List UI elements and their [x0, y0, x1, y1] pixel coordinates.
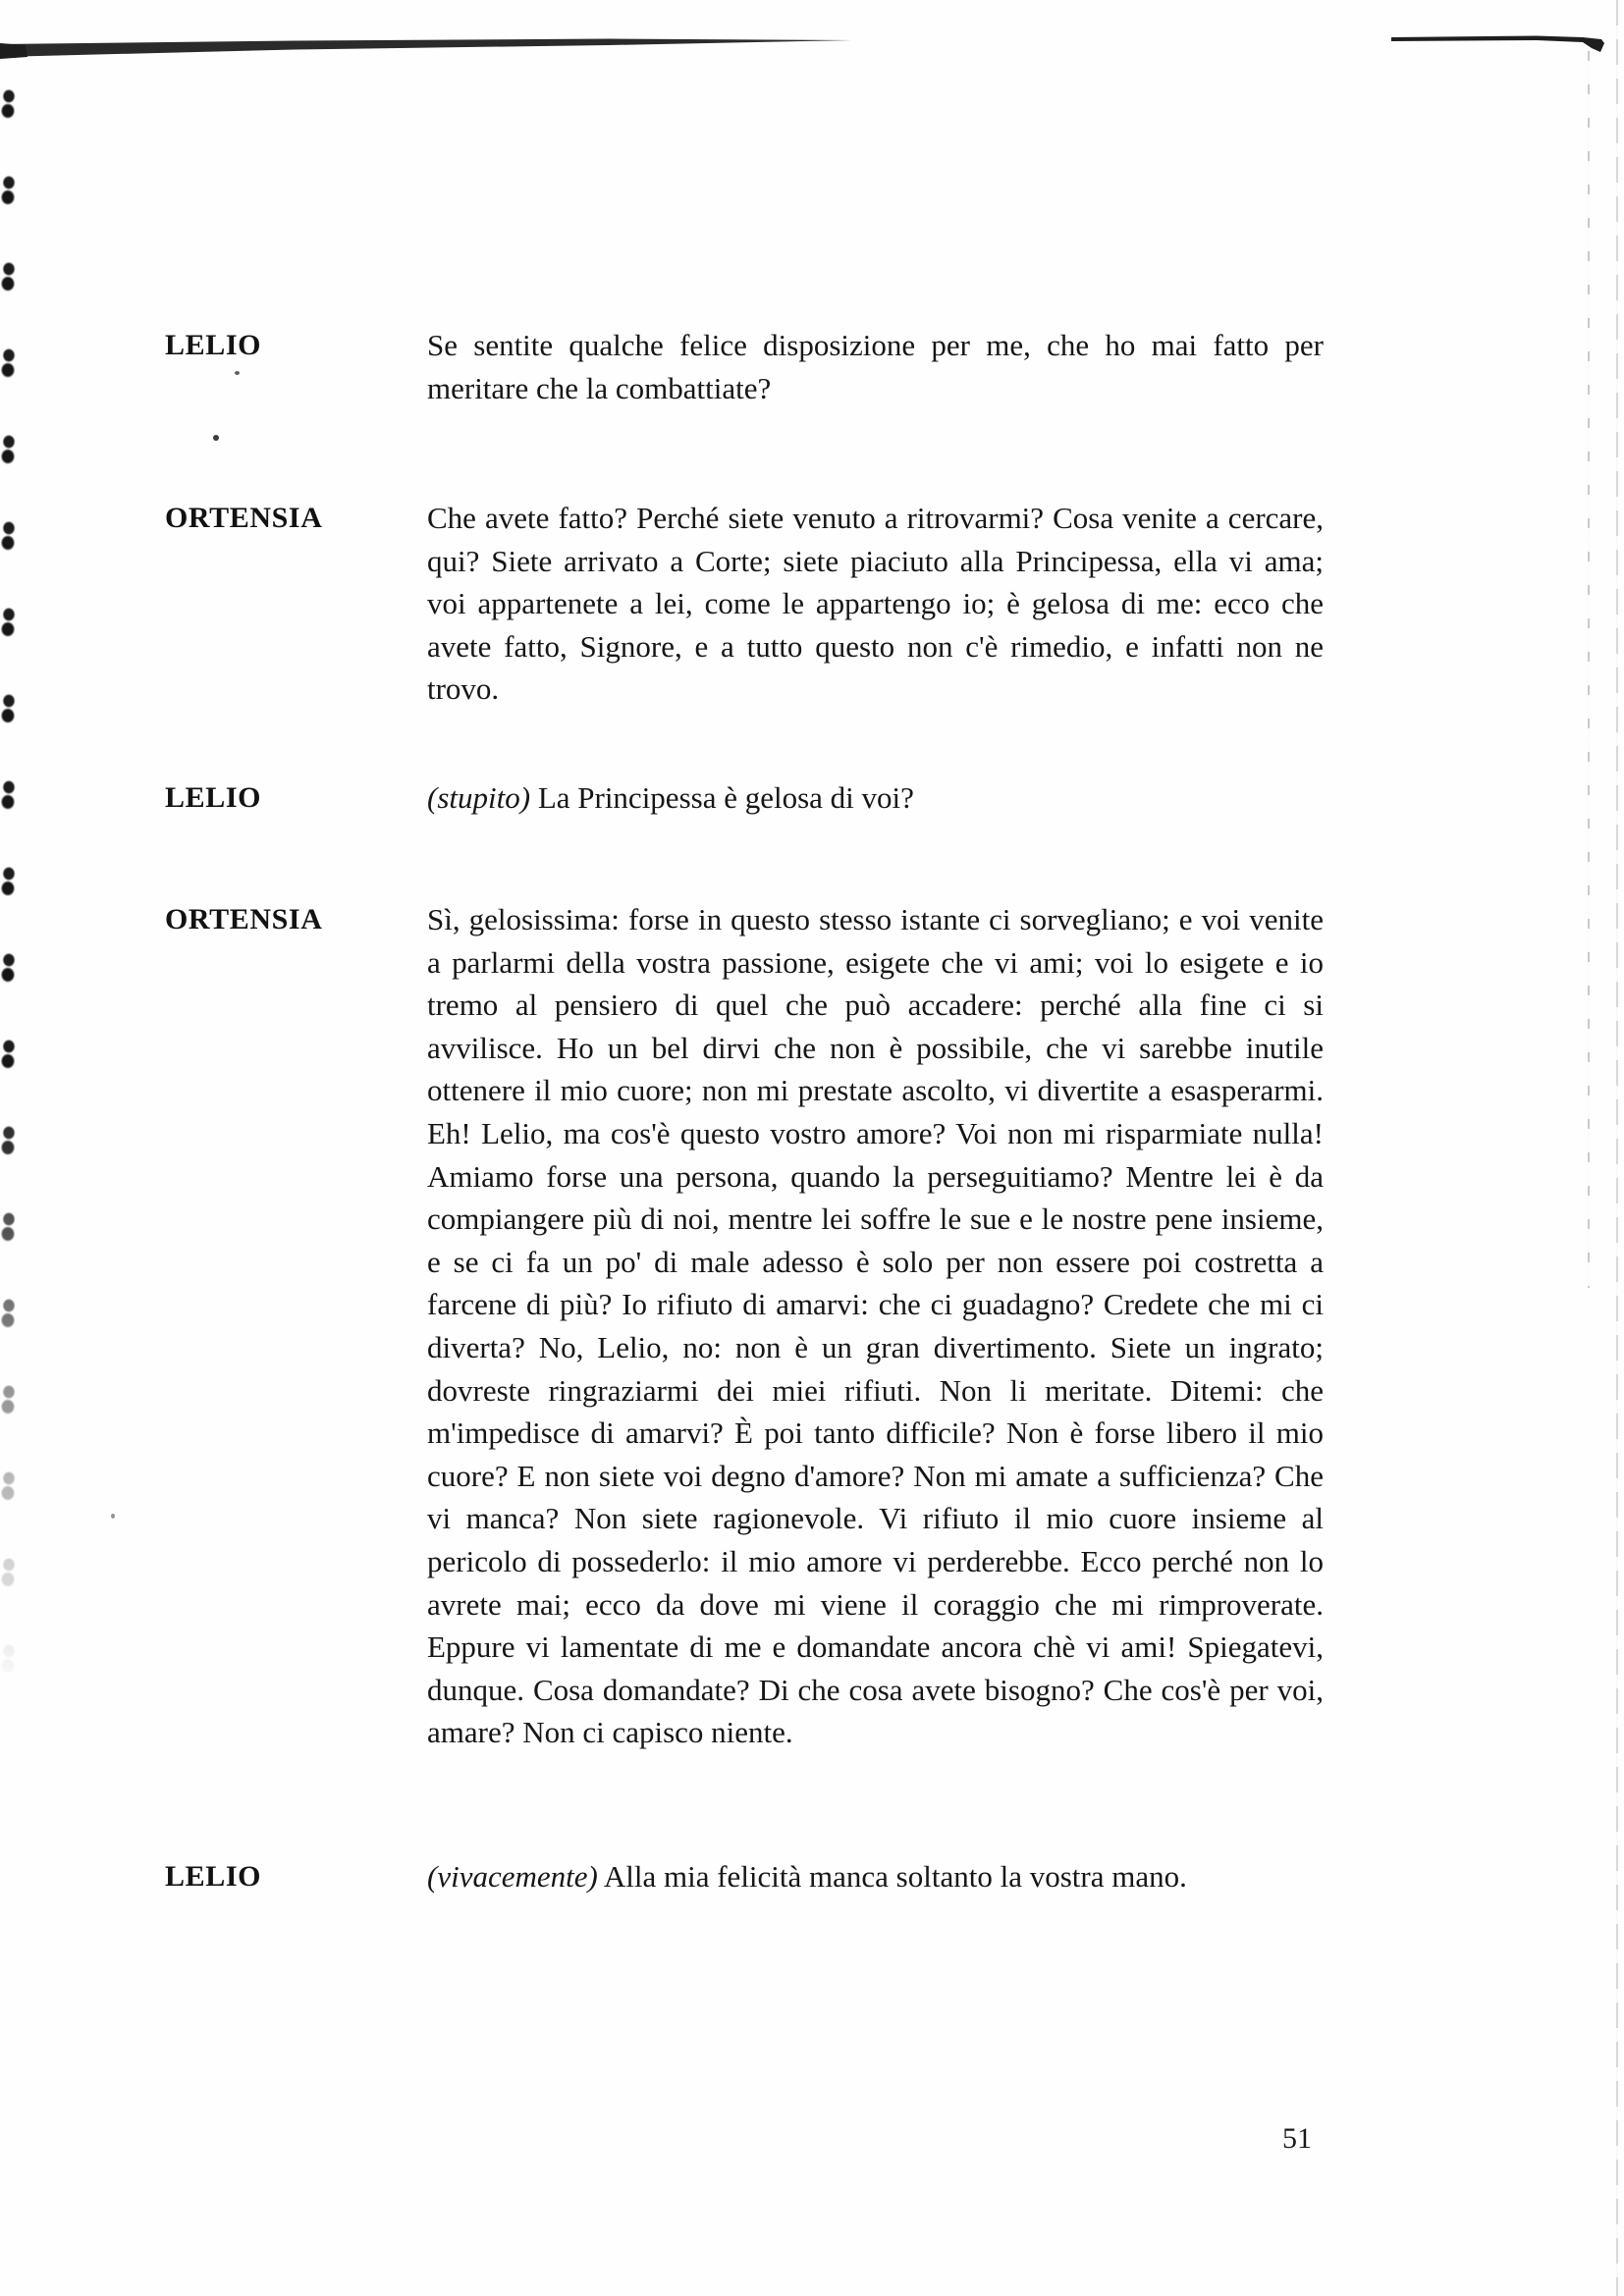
stage-direction: (vivacemente) [427, 1859, 598, 1894]
speaker-name: LELIO [165, 776, 261, 820]
dialogue-block: LELIO (vivacemente) Alla mia felicità ma… [165, 1855, 1328, 1898]
dialogue-block: ORTENSIA Che avete fatto? Perché siete v… [165, 497, 1328, 711]
dialogue-text: Se sentite qualche felice disposizione p… [427, 324, 1324, 409]
dialogue-text: (vivacemente) Alla mia felicità manca so… [427, 1855, 1324, 1898]
dialogue-line: Che avete fatto? Perché siete venuto a r… [427, 501, 1324, 706]
dialogue-text: Sì, gelosissima: forse in questo stesso … [427, 898, 1324, 1754]
scan-speck [213, 435, 219, 441]
top-left-scan-band [0, 39, 852, 58]
stage-direction: (stupito) [427, 780, 530, 815]
dialogue-line: Sì, gelosissima: forse in questo stesso … [427, 902, 1324, 1749]
speaker-name: LELIO [165, 324, 261, 367]
dialogue-block: LELIO Se sentite qualche felice disposiz… [165, 324, 1328, 409]
top-left-scan-nub [0, 43, 27, 59]
top-right-scan-mark [1391, 36, 1604, 53]
scan-edge-artifact-top [0, 0, 1624, 88]
scanned-script-page: LELIO Se sentite qualche felice disposiz… [0, 0, 1624, 2296]
speaker-name: ORTENSIA [165, 497, 322, 540]
page-number: 51 [1282, 2122, 1312, 2156]
speaker-name: ORTENSIA [165, 898, 322, 941]
dialogue-text: Che avete fatto? Perché siete venuto a r… [427, 497, 1324, 711]
page-edge-line-artifact [1616, 0, 1618, 2296]
dialogue-line: Alla mia felicità manca soltanto la vost… [604, 1859, 1187, 1894]
dialogue-block: LELIO (stupito) La Principessa è gelosa … [165, 776, 1328, 820]
dialogue-line: Se sentite qualche felice disposizione p… [427, 328, 1324, 405]
binding-holes-artifact [0, 84, 27, 1694]
dialogue-text: (stupito) La Principessa è gelosa di voi… [427, 776, 1324, 820]
dialogue-block: ORTENSIA Sì, gelosissima: forse in quest… [165, 898, 1328, 1754]
scan-speck [111, 1514, 115, 1519]
speaker-name: LELIO [165, 1855, 261, 1898]
dialogue-line: La Principessa è gelosa di voi? [538, 780, 914, 815]
page-fold-line-artifact [1588, 51, 1590, 1288]
